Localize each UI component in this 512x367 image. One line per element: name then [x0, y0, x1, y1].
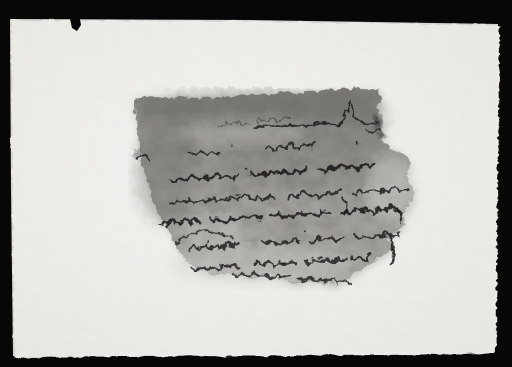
ink-dot [247, 172, 249, 174]
ink-dot [258, 214, 261, 217]
ink-dot [243, 169, 246, 172]
ink-dot [228, 142, 230, 144]
ink-dot [236, 192, 239, 195]
photograph-of-manuscript-fragment [0, 0, 512, 367]
photo-canvas [0, 0, 512, 367]
ink-dot [355, 140, 358, 143]
ink-dot [302, 228, 304, 230]
ink-dot [205, 240, 207, 242]
ink-dot [369, 162, 372, 165]
ink-dot [282, 260, 284, 262]
ink-dot [318, 255, 321, 258]
ink-edge-blob [377, 130, 383, 138]
